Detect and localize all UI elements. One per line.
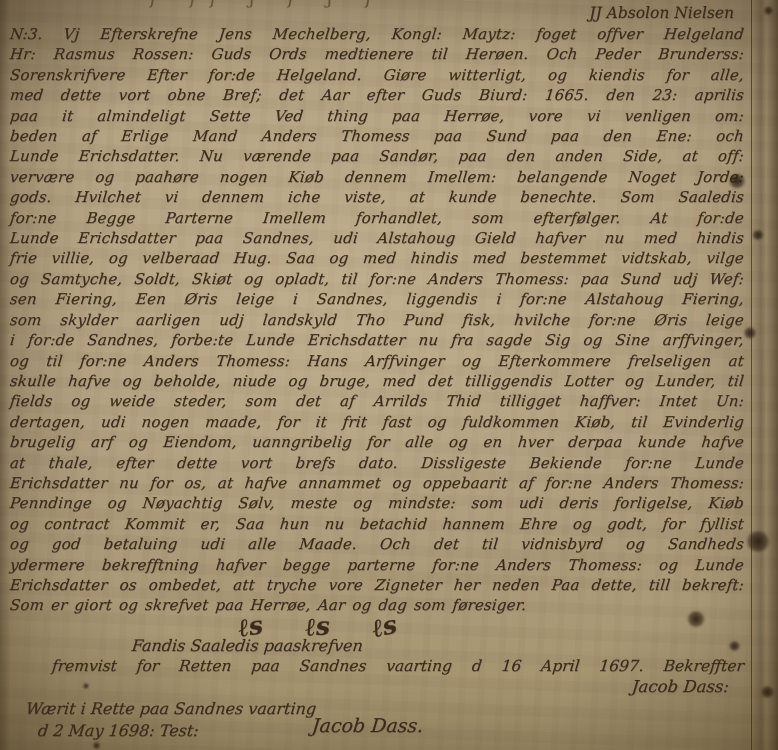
manuscript-line: beden af Erlige Mand Anders Thomess paa … (9, 126, 745, 146)
manuscript-line: paa it almindeligt Sette Ved thing paa H… (9, 106, 745, 126)
manuscript-body: N:3. Vj Efterskrefne Jens Mechelberg, Ko… (10, 24, 744, 616)
manuscript-line: som skylder aarligen udj landskyld Tho P… (9, 310, 745, 330)
manuscript-line: dertagen, udi nogen maade, for it frit f… (9, 412, 745, 432)
ink-stain (687, 611, 705, 627)
ink-stain (746, 531, 770, 552)
manuscript-line: fields og weide steder, som det af Arril… (9, 391, 745, 411)
manuscript-line: for:ne Begge Parterne Imellem forhandlet… (9, 208, 745, 228)
manuscript-line: Erichsdatter nu for os, at hafve annamme… (9, 473, 745, 493)
ink-stain (729, 641, 740, 651)
top-edge-text-fragment: ſ ſſ ʃ ſ ʃ ſ (150, 0, 620, 9)
manuscript-line: sen Fiering, Een Øris leige i Sandnes, l… (9, 289, 745, 309)
page-left-edge (0, 0, 10, 750)
manuscript-line: og til for:ne Anders Thomess: Hans Arffv… (9, 351, 745, 371)
manuscript-line: frie villie, og velberaad Hug. Saa og me… (9, 248, 745, 268)
ink-stain (761, 686, 774, 698)
ink-stain (728, 174, 746, 188)
endorsement-court-1698-line1: Wærit i Rette paa Sandnes vaarting (25, 699, 317, 718)
ink-stain (752, 230, 764, 240)
manuscript-line: med dette vort obne Bref; det Aar efter … (9, 85, 745, 105)
endorsement-court-1698-line2: d 2 May 1698: Test: (37, 721, 200, 740)
endorsement-court-1697: fremvist for Retten paa Sandnes vaarting… (51, 657, 745, 675)
ink-stain (93, 742, 100, 749)
manuscript-line: i for:de Sandnes, forbe:te Lunde Erichsd… (9, 330, 745, 350)
manuscript-line: Sorenskrifvere Efter for:de Helgeland. G… (9, 65, 745, 85)
manuscript-line: ydermere bekrefftning hafver begge parte… (9, 555, 745, 575)
page-right-edge (751, 0, 778, 750)
manuscript-line: Hr: Rasmus Rossen: Guds Ords medtienere … (9, 44, 745, 64)
signature-jacob-dass-1697: Jacob Dass: (631, 677, 730, 696)
ink-stain (744, 327, 756, 339)
manuscript-line: Erichsdatter os ombedet, att tryche vore… (9, 575, 745, 595)
signature-jacob-dass-1698: Jacob Dass. (311, 715, 425, 737)
seal-mark: ℓs (369, 610, 399, 644)
manuscript-line: Lunde Erichsdatter paa Sandnes, udi Alst… (9, 228, 745, 248)
manuscript-line: og Samtyche, Soldt, Skiøt og opladt, til… (9, 269, 745, 289)
manuscript-line: gods. Hvilchet vi dennem iche viste, at … (9, 187, 745, 207)
header-name: JJ Absolon Nielsen (589, 4, 734, 22)
manuscript-line: brugelig arf og Eiendom, uanngribelig fo… (9, 432, 745, 452)
manuscript-line: skulle hafve og beholde, niude og bruge,… (9, 371, 745, 391)
manuscript-line: N:3. Vj Efterskrefne Jens Mechelberg, Ko… (9, 24, 745, 44)
ink-stain (764, 6, 773, 15)
manuscript-line: og god betaluing udi alle Maade. Och det… (9, 534, 745, 554)
manuscript-line: at thale, efter dette vort brefs dato. D… (9, 453, 745, 473)
manuscript-line: Penndinge og Nøyachtig Sølv, meste og mi… (9, 493, 745, 513)
endorsement-found-line: Fandis Saaledis paaskrefven (131, 636, 364, 655)
ink-stain (83, 683, 89, 689)
manuscript-line: vervære og paahøre nogen Kiøb dennem Ime… (9, 167, 745, 187)
manuscript-line: Lunde Erichsdatter. Nu værende paa Sandø… (9, 146, 745, 166)
manuscript-line: og contract Kommit er, Saa hun nu betach… (9, 514, 745, 534)
